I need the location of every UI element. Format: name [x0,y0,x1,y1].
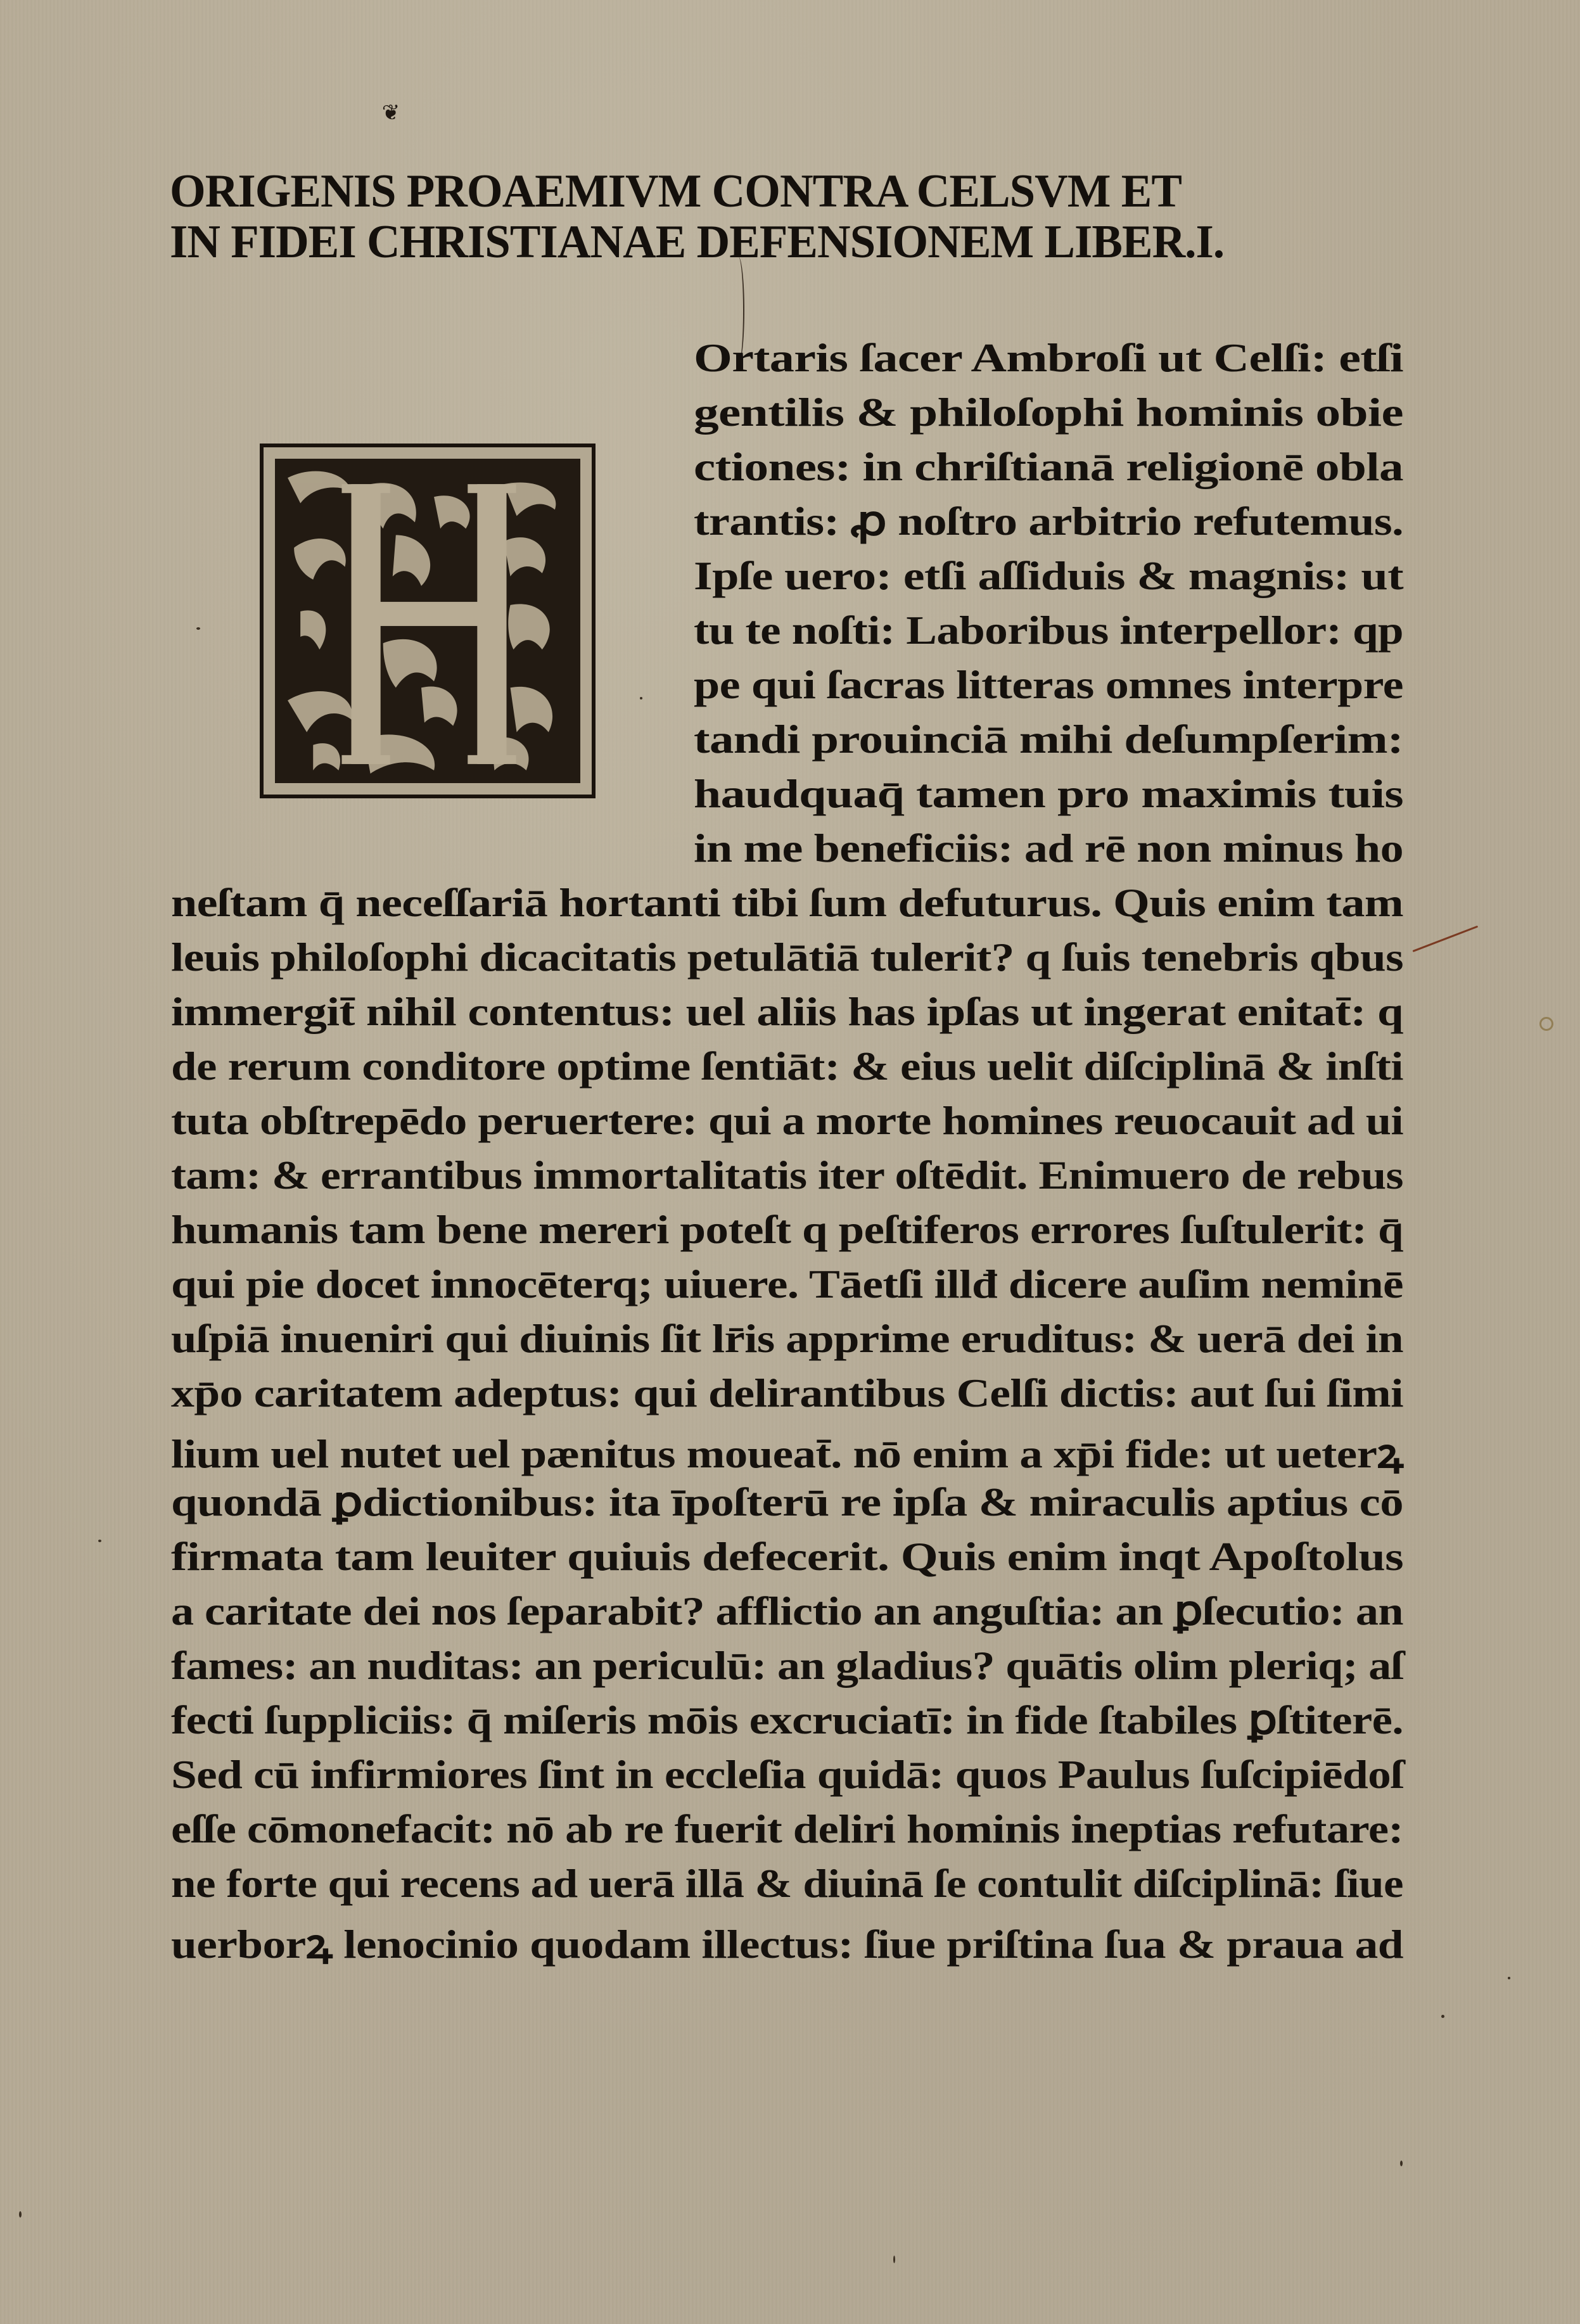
text-line: immergit̄ nihil contentus: uel aliis has… [171,988,1403,1035]
text-line: uſpiā inueniri qui diuinis ſit lr̄is app… [171,1315,1403,1362]
text-line: tandi prouinciā mihi deſumpſerim: [694,716,1403,763]
paper-speck [1508,1977,1510,1979]
text-line: eſſe cōmonefacit: nō ab re fuerit deliri… [171,1806,1403,1853]
text-line: haudquaq̄ tamen pro maximis tuis [694,770,1403,817]
text-line: de rerum conditore optime ſentiāt: & eiu… [171,1043,1403,1090]
marginal-ink-stroke [1412,926,1478,952]
paper-speck [98,1540,101,1542]
text-line: fecti ſuppliciis: q̄ miſeris mōis excruc… [171,1697,1403,1744]
text-line: gentilis & philoſophi hominis obie [694,389,1403,436]
paper-stain [1539,1017,1553,1031]
text-line: ctiones: in chriſtianā religionē obla [694,444,1403,490]
paper-speck [1400,2161,1403,2166]
title-line-2: IN FIDEI CHRISTIANAE DEFENSIONEM LIBER.I… [170,217,1386,267]
paper-speck [640,697,642,699]
text-line: uerborꝝ lenocinio quodam illectus: ſiue … [171,1915,1403,1970]
text-line: xp̄o caritatem adeptus: qui delirantibus… [171,1370,1403,1417]
paper-speck [1441,2015,1444,2018]
text-line: in me beneficiis: ad rē non minus ho [694,825,1403,872]
initial-h-icon [275,459,580,783]
paper-speck [893,2256,895,2263]
text-line: leuis philoſophi dicacitatis petulātiā t… [171,934,1403,981]
text-line: quondā ꝑdictionibus: ita īpoſterū re ipſ… [171,1479,1403,1526]
text-line: a caritate dei nos ſeparabit? afflictio … [171,1588,1403,1635]
leaf-ornament-icon: ❦ [381,105,400,121]
text-line: ne forte qui recens ad uerā illā & diuin… [171,1860,1403,1907]
paper-speck [19,2211,22,2218]
decorated-initial-h [260,444,596,798]
woodcut-ground [275,459,580,783]
page-title: ORIGENIS PROAEMIVM CONTRA CELSVM ET IN F… [170,166,1331,267]
text-line: tu te noſti: Laboribus interpellor: qp [694,607,1403,654]
text-line: tuta obſtrepēdo peruertere: qui a morte … [171,1097,1403,1144]
text-line: tam: & errantibus immortalitatis iter oſ… [171,1152,1403,1199]
paper-speck [196,627,200,630]
text-line: neſtam q̄ neceſſariā hortanti tibi ſum d… [171,879,1403,926]
text-line: Ipſe uero: etſi aſſiduis & magnis: ut [694,552,1403,599]
text-line: lium uel nutet uel pænitus moueat̄. nō e… [171,1424,1403,1479]
title-line-1: ORIGENIS PROAEMIVM CONTRA CELSVM ET [170,166,1386,217]
text-line: humanis tam bene mereri poteſt q peſtife… [171,1206,1403,1253]
text-line: pe qui ſacras litteras omnes interpre [694,661,1403,708]
text-line: Sed cū infirmiores ſint in eccleſia quid… [171,1751,1403,1798]
text-line: firmata tam leuiter quiuis defecerit. Qu… [171,1533,1403,1580]
text-line: Ortaris ſacer Ambroſi ut Celſi: etſi [694,335,1403,381]
text-line: qui pie docet innocēterq; uiuere. Tāetſi… [171,1261,1403,1308]
book-page: ❦ ORIGENIS PROAEMIVM CONTRA CELSVM ET IN… [0,0,1580,2324]
text-line: fames: an nuditas: an periculū: an gladi… [171,1642,1403,1689]
text-line: trantis: ꝓ noſtro arbitrio refutemus. [694,498,1403,545]
